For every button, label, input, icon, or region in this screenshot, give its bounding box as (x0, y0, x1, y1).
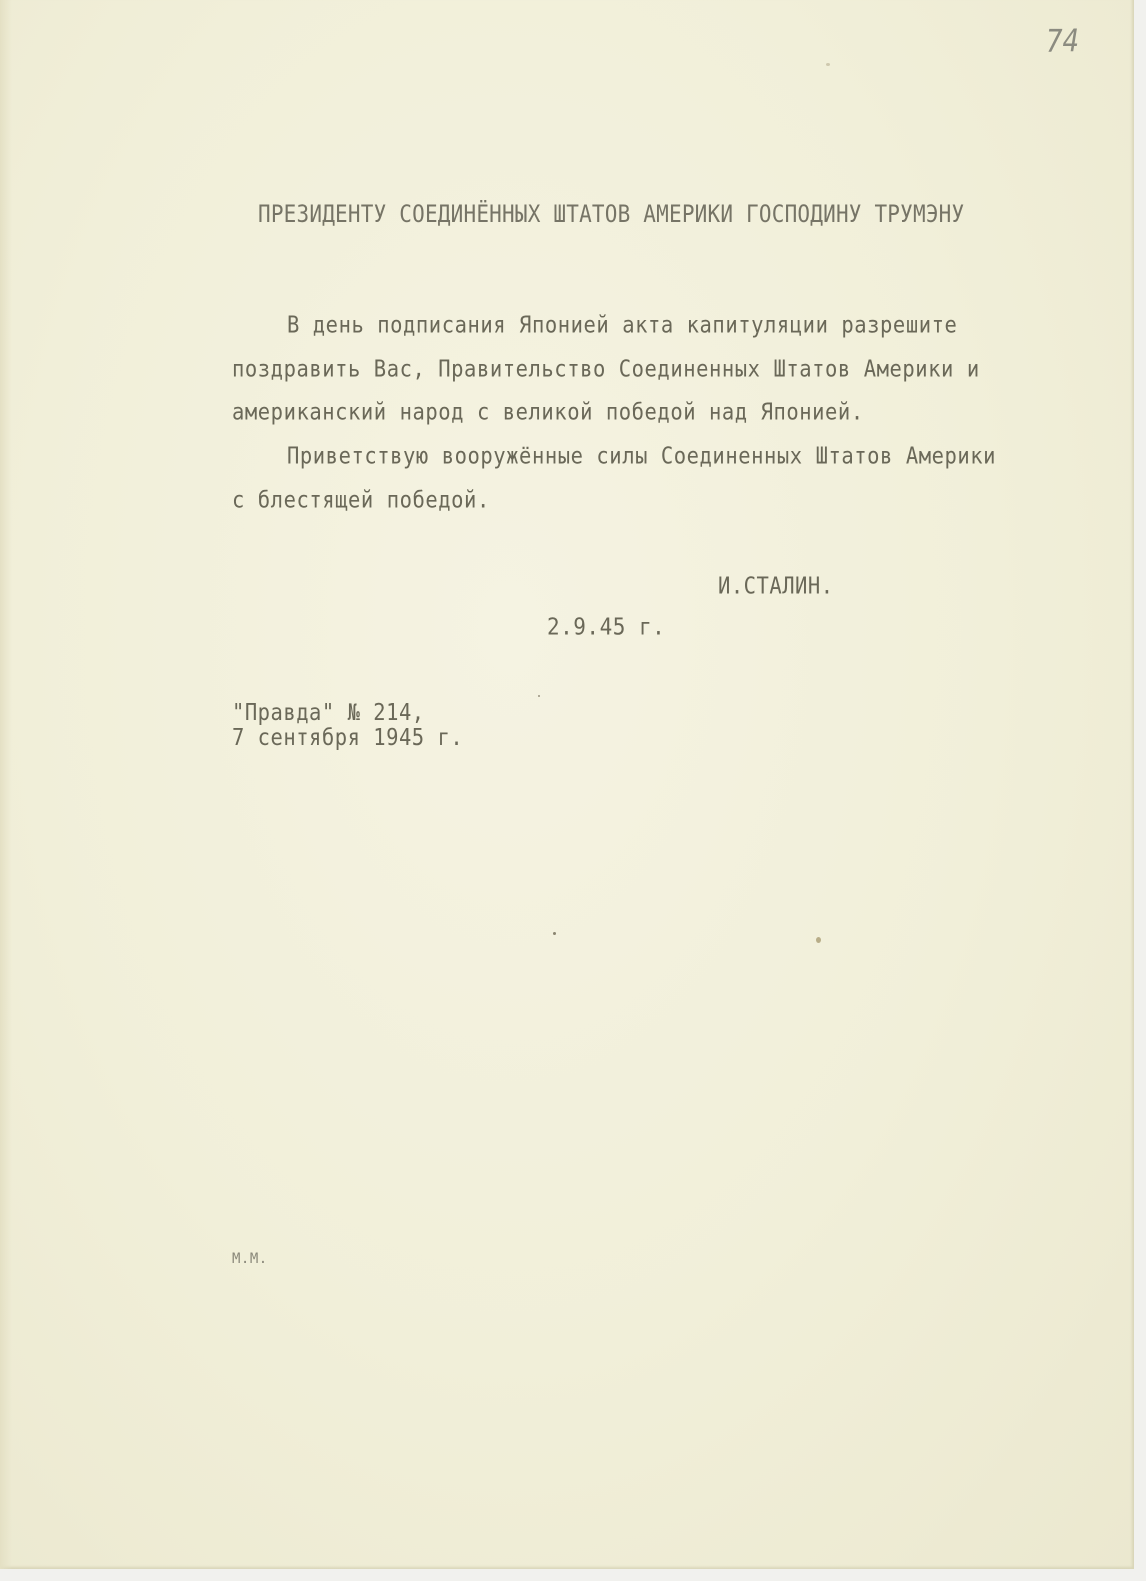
source-line-1: "Правда" № 214, (232, 699, 425, 726)
paper-speck (816, 937, 821, 943)
signature: И.СТАЛИН. (718, 572, 834, 599)
typist-initials: М.М. (232, 1251, 268, 1267)
page-edge-shadow (0, 0, 12, 1569)
publication-source: "Правда" № 214, 7 сентября 1945 г. (232, 700, 463, 749)
document-page: 74 ПРЕЗИДЕНТУ СОЕДИНЁННЫХ ШТАТОВ АМЕРИКИ… (0, 0, 1134, 1569)
body-line-1: В день подписания Японией акта капитуляц… (287, 311, 957, 338)
body-line-2: поздравить Вас, Правительство Соединенны… (232, 355, 980, 382)
paper-speck (538, 695, 540, 697)
archive-page-number: 74 (1046, 24, 1079, 60)
paper-speck (826, 63, 830, 66)
body-line-3: американский народ с великой победой над… (232, 398, 864, 425)
body-line-4: Приветствую вооружённые силы Соединенных… (287, 442, 996, 469)
source-line-2: 7 сентября 1945 г. (232, 724, 463, 751)
document-date: 2.9.45 г. (547, 613, 665, 640)
addressee-heading: ПРЕЗИДЕНТУ СОЕДИНЁННЫХ ШТАТОВ АМЕРИКИ ГО… (258, 200, 964, 228)
paper-speck (553, 932, 556, 935)
body-line-5: с блестящей победой. (232, 486, 490, 513)
